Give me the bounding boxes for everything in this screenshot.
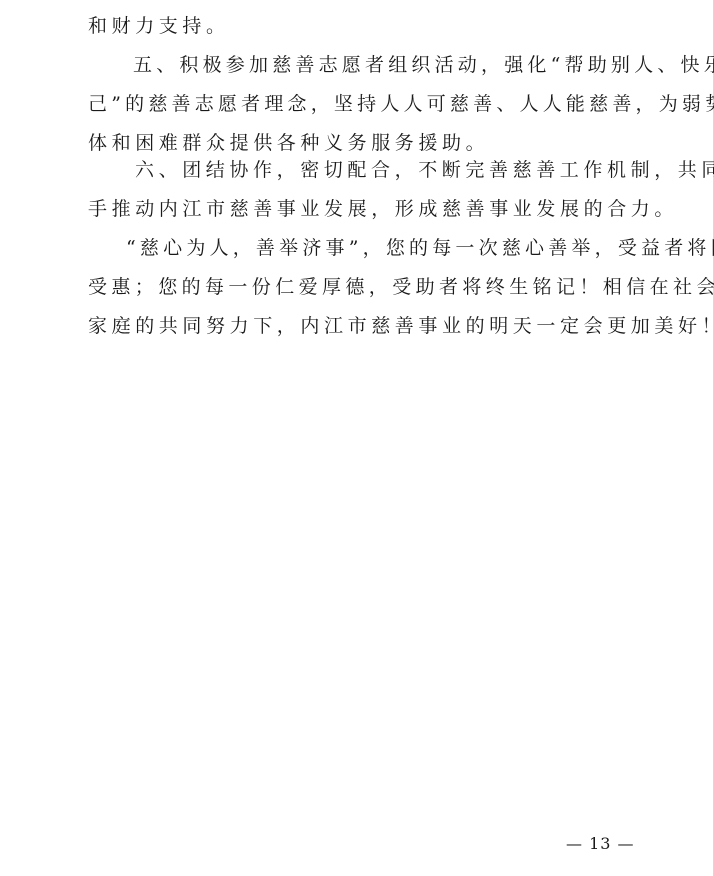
paragraph-line: “慈心为人，善举济事”，您的每一次慈心善举，受益者将同泽: [126, 237, 714, 259]
page-number: — 13 —: [566, 834, 635, 853]
paragraph-line: 手推动内江市慈善事业发展，形成慈善事业发展的合力。: [88, 198, 678, 220]
paragraph-line: 体和困难群众提供各种义务服务援助。: [88, 132, 489, 154]
paragraph-line: 和财力支持。: [88, 15, 230, 37]
paragraph-line: 家庭的共同努力下，内江市慈善事业的明天一定会更加美好！: [88, 315, 714, 337]
paragraph-line: 己”的慈善志愿者理念，坚持人人可慈善、人人能慈善，为弱势群: [88, 93, 714, 115]
document-page: 和财力支持。 五、积极参加慈善志愿者组织活动，强化“帮助别人、快乐自 己”的慈善…: [0, 0, 714, 876]
paragraph-line: 受惠；您的每一份仁爱厚德，受助者将终生铭记！相信在社会大: [88, 276, 714, 298]
paragraph-line: 六、团结协作，密切配合，不断完善慈善工作机制，共同携: [135, 159, 714, 181]
paragraph-line: 五、积极参加慈善志愿者组织活动，强化“帮助别人、快乐自: [133, 54, 714, 76]
